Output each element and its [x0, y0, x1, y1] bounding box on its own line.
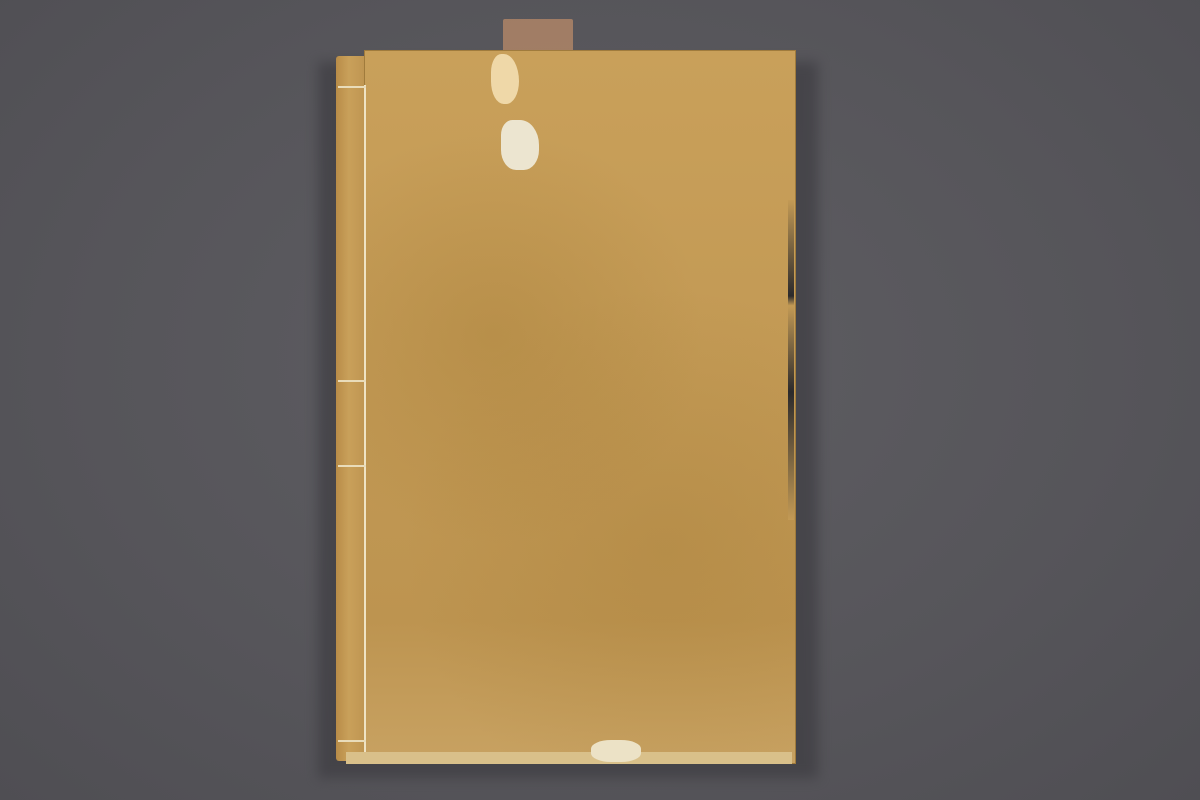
page-edge: [788, 200, 794, 520]
book-cover: [364, 50, 796, 764]
torn-area: [591, 740, 641, 762]
bottom-edge: [346, 752, 792, 764]
torn-area: [491, 54, 519, 104]
binding-thread: [364, 85, 366, 755]
torn-area: [501, 120, 539, 170]
binding-stitch: [338, 86, 366, 88]
binding-stitch: [338, 465, 366, 467]
catalog-label: [503, 19, 573, 53]
binding-stitch: [338, 380, 366, 382]
binding-stitch: [338, 740, 366, 742]
book: [336, 50, 796, 766]
